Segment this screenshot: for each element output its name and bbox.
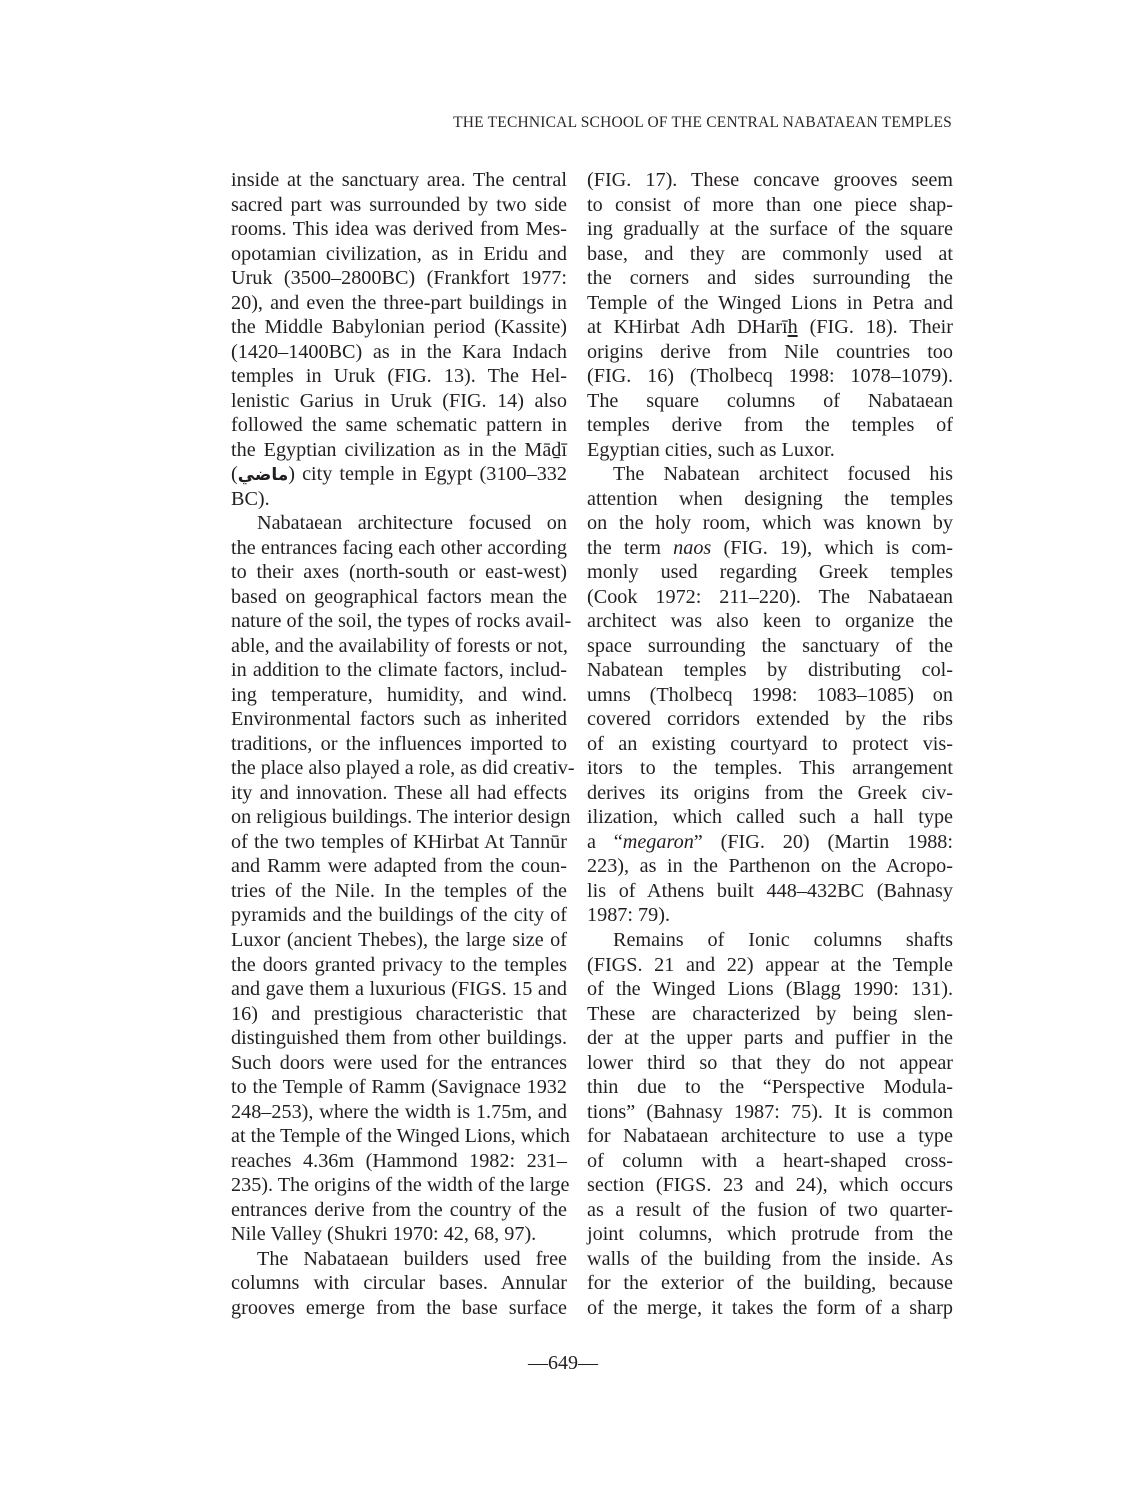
text-line: 16) and prestigious characteristic that <box>231 1002 567 1027</box>
text-fragment: ī <box>561 439 567 461</box>
text-line: monly used regarding Greek temples <box>587 560 953 585</box>
text-line: Environmental factors such as inherited <box>231 707 567 732</box>
text-line: of column with a heart-shaped cross- <box>587 1149 953 1174</box>
text-line: to the Temple of Ramm (Savignace 1932 <box>231 1075 567 1100</box>
text-line: temples in Uruk (FIG. 13). The Hel- <box>231 364 567 389</box>
text-line: to consist of more than one piece shap- <box>587 193 953 218</box>
text-line: inside at the sanctuary area. The centra… <box>231 168 567 193</box>
text-fragment: ” (FIG. 20) (Martin 1988: <box>694 831 953 853</box>
text-fragment: at KHirbat Adh DHarī <box>587 316 788 338</box>
text-line: lis of Athens built 448–432BC (Bahnasy <box>587 879 953 904</box>
running-header: THE TECHNICAL SCHOOL OF THE CENTRAL NABA… <box>453 114 952 132</box>
paragraph-start: Remains of Ionic columns shafts <box>587 928 953 953</box>
text-line: able, and the availability of forests or… <box>231 634 567 659</box>
text-line: architect was also keen to organize the <box>587 609 953 634</box>
text-line: joint columns, which protrude from the <box>587 1222 953 1247</box>
underlined-letter: h <box>788 316 798 338</box>
text-line: umns (Tholbecq 1998: 1083–1085) on <box>587 683 953 708</box>
text-line: (FIG. 17). These concave grooves seem <box>587 168 953 193</box>
text-line: grooves emerge from the base surface <box>231 1296 567 1321</box>
text-line: distinguished them from other buildings. <box>231 1026 567 1051</box>
text-line: and Ramm were adapted from the coun- <box>231 854 567 879</box>
text-line: a “megaron” (FIG. 20) (Martin 1988: <box>587 830 953 855</box>
text-line: derives its origins from the Greek civ- <box>587 781 953 806</box>
text-fragment: the Egyptian civilization as in the Mā <box>231 439 551 461</box>
text-line: the place also played a role, as did cre… <box>231 756 567 781</box>
text-line: attention when designing the temples <box>587 487 953 512</box>
text-line: at the Temple of the Winged Lions, which <box>231 1124 567 1149</box>
text-line: ing temperature, humidity, and wind. <box>231 683 567 708</box>
text-fragment: ) city temple in Egypt (3100–332 <box>288 463 567 485</box>
underlined-letter: ḏ <box>551 439 561 461</box>
text-line: (FIGS. 21 and 22) appear at the Temple <box>587 953 953 978</box>
text-fragment: the term <box>587 537 673 559</box>
text-line: The square columns of Nabataean <box>587 389 953 414</box>
text-line: Luxor (ancient Thebes), the large size o… <box>231 928 567 953</box>
text-line: on the holy room, which was known by <box>587 511 953 536</box>
text-line: and gave them a luxurious (FIGS. 15 and <box>231 977 567 1002</box>
text-line: pyramids and the buildings of the city o… <box>231 903 567 928</box>
text-line: (FIG. 16) (Tholbecq 1998: 1078–1079). <box>587 364 953 389</box>
text-line: for Nabataean architecture to use a type <box>587 1124 953 1149</box>
text-line: to their axes (north-south or east-west) <box>231 560 567 585</box>
text-line: Uruk (3500–2800BC) (Frankfort 1977: <box>231 266 567 291</box>
text-line: 248–253), where the width is 1.75m, and <box>231 1100 567 1125</box>
text-line: space surrounding the sanctuary of the <box>587 634 953 659</box>
text-line: sacred part was surrounded by two side <box>231 193 567 218</box>
text-line: of an existing courtyard to protect vis- <box>587 732 953 757</box>
text-line: Egyptian cities, such as Luxor. <box>587 438 953 463</box>
arabic-term: ماضي <box>238 465 289 485</box>
text-line: itors to the temples. This arrangement <box>587 756 953 781</box>
text-line: on religious buildings. The interior des… <box>231 805 567 830</box>
text-line: Nabatean temples by distributing col- <box>587 658 953 683</box>
text-line: traditions, or the influences imported t… <box>231 732 567 757</box>
paragraph-start: The Nabatean architect focused his <box>587 462 953 487</box>
text-line: (ماضي) city temple in Egypt (3100–332 <box>231 462 567 487</box>
left-column: inside at the sanctuary area. The centra… <box>231 168 567 1320</box>
text-line: based on geographical factors mean the <box>231 585 567 610</box>
text-line: Nile Valley (Shukri 1970: 42, 68, 97). <box>231 1222 567 1247</box>
text-line: the corners and sides surrounding the <box>587 266 953 291</box>
text-line: of the merge, it takes the form of a sha… <box>587 1296 953 1321</box>
text-line: the Egyptian civilization as in the Māḏī <box>231 438 567 463</box>
text-line: der at the upper parts and puffier in th… <box>587 1026 953 1051</box>
text-line: Such doors were used for the entrances <box>231 1051 567 1076</box>
text-line: base, and they are commonly used at <box>587 242 953 267</box>
text-line: the term naos (FIG. 19), which is com- <box>587 536 953 561</box>
text-line: thin due to the “Perspective Modula- <box>587 1075 953 1100</box>
paragraph-start: Nabataean architecture focused on <box>231 511 567 536</box>
text-line: columns with circular bases. Annular <box>231 1271 567 1296</box>
text-line: entrances derive from the country of the <box>231 1198 567 1223</box>
page-number: —649— <box>0 1352 1126 1375</box>
text-line: section (FIGS. 23 and 24), which occurs <box>587 1173 953 1198</box>
text-line: origins derive from Nile countries too <box>587 340 953 365</box>
text-line: ity and innovation. These all had effect… <box>231 781 567 806</box>
text-line: at KHirbat Adh DHarīh (FIG. 18). Their <box>587 315 953 340</box>
text-line: 235). The origins of the width of the la… <box>231 1173 567 1198</box>
text-fragment: a “ <box>587 831 623 853</box>
text-line: reaches 4.36m (Hammond 1982: 231– <box>231 1149 567 1174</box>
text-line: BC). <box>231 487 567 512</box>
text-line: lenistic Garius in Uruk (FIG. 14) also <box>231 389 567 414</box>
text-line: the Middle Babylonian period (Kassite) <box>231 315 567 340</box>
text-line: rooms. This idea was derived from Mes- <box>231 217 567 242</box>
italic-term: megaron <box>623 831 694 853</box>
text-line: Temple of the Winged Lions in Petra and <box>587 291 953 316</box>
text-line: lower third so that they do not appear <box>587 1051 953 1076</box>
text-line: 1987: 79). <box>587 903 953 928</box>
text-line: These are characterized by being slen- <box>587 1002 953 1027</box>
text-line: the entrances facing each other accordin… <box>231 536 567 561</box>
text-line: (Cook 1972: 211–220). The Nabataean <box>587 585 953 610</box>
text-line: ilization, which called such a hall type <box>587 805 953 830</box>
text-fragment: ( <box>231 463 238 485</box>
text-line: opotamian civilization, as in Eridu and <box>231 242 567 267</box>
text-line: nature of the soil, the types of rocks a… <box>231 609 567 634</box>
text-line: tions” (Bahnasy 1987: 75). It is common <box>587 1100 953 1125</box>
text-line: in addition to the climate factors, incl… <box>231 658 567 683</box>
right-column: (FIG. 17). These concave grooves seem to… <box>587 168 953 1320</box>
italic-term: naos <box>673 537 711 559</box>
text-fragment: (FIG. 19), which is com- <box>711 537 953 559</box>
text-line: temples derive from the temples of <box>587 413 953 438</box>
paragraph-start: The Nabataean builders used free <box>231 1247 567 1272</box>
text-line: followed the same schematic pattern in <box>231 413 567 438</box>
text-line: for the exterior of the building, becaus… <box>587 1271 953 1296</box>
text-line: 20), and even the three-part buildings i… <box>231 291 567 316</box>
text-line: walls of the building from the inside. A… <box>587 1247 953 1272</box>
text-line: covered corridors extended by the ribs <box>587 707 953 732</box>
text-line: (1420–1400BC) as in the Kara Indach <box>231 340 567 365</box>
text-fragment: (FIG. 18). Their <box>798 316 953 338</box>
text-line: 223), as in the Parthenon on the Acropo- <box>587 854 953 879</box>
text-line: of the Winged Lions (Blagg 1990: 131). <box>587 977 953 1002</box>
text-line: tries of the Nile. In the temples of the <box>231 879 567 904</box>
text-line: ing gradually at the surface of the squa… <box>587 217 953 242</box>
text-line: the doors granted privacy to the temples <box>231 953 567 978</box>
text-line: of the two temples of KHirbat At Tannūr <box>231 830 567 855</box>
text-line: as a result of the fusion of two quarter… <box>587 1198 953 1223</box>
